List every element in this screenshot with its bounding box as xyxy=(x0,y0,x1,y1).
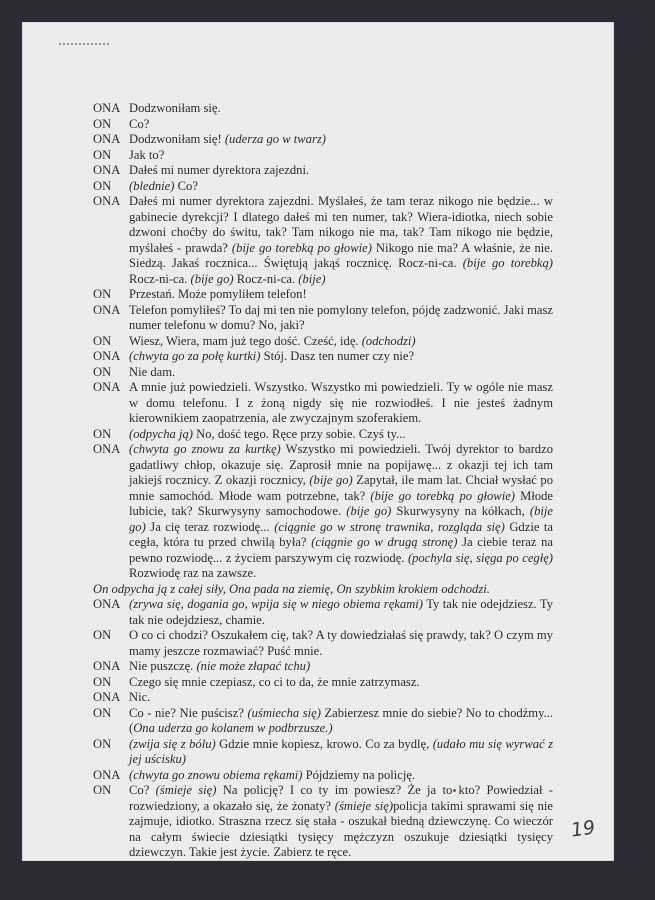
dialogue-text: O co ci chodzi? Oszukałem cię, tak? A ty… xyxy=(129,628,553,659)
dialogue-line: ONA(zrywa się, dogania go, wpija się w n… xyxy=(93,597,553,628)
dialogue-text: (odpycha ją) No, dość tego. Ręce przy so… xyxy=(129,427,553,443)
speech-text: A mnie już powiedzieli. Wszystko. Wszyst… xyxy=(129,380,553,425)
speaker-label: ONA xyxy=(93,101,129,117)
speech-text: Skurwysyny na kółkach, xyxy=(391,504,530,518)
speaker-label: ON xyxy=(93,148,129,164)
speaker-label: ONA xyxy=(93,163,129,179)
stage-direction: On odpycha ją z całej siły, Ona pada na … xyxy=(93,582,553,598)
stage-direction-inline: (nie może złapać tchu) xyxy=(196,659,310,673)
stage-direction-inline: (śmieje się) xyxy=(335,799,393,813)
speech-text: Co? xyxy=(174,179,197,193)
speaker-label: ONA xyxy=(93,597,129,628)
speech-text: Nie dam. xyxy=(129,365,175,379)
dialogue-line: ONADałeś mi numer dyrektora zajezdni. My… xyxy=(93,194,553,287)
speech-text: Dodzwoniłam się. xyxy=(129,101,221,115)
stage-direction-inline: (odchodzi) xyxy=(362,334,416,348)
speech-text: O co ci chodzi? Oszukałem cię, tak? A ty… xyxy=(129,628,553,658)
stage-direction-inline: (pochyla się, sięga po cegłę) xyxy=(408,551,553,565)
stage-direction-inline: (odpycha ją) xyxy=(129,427,193,441)
dialogue-text: Telefon pomyliłeś? To daj mi ten nie pom… xyxy=(129,303,553,334)
stage-direction-inline: (bije go) xyxy=(346,504,391,518)
stage-direction-inline: (śmieje się) xyxy=(156,783,217,797)
dialogue-text: Wiesz, Wiera, mam już tego dość. Cześć, … xyxy=(129,334,553,350)
dialogue-line: ONA(chwyta go za połę kurtki) Stój. Dasz… xyxy=(93,349,553,365)
speech-text: Wiesz, Wiera, mam już tego dość. Cześć, … xyxy=(129,334,362,348)
speech-text: Co? xyxy=(129,117,149,131)
speaker-label: ON xyxy=(93,675,129,691)
dialogue-text: (zrywa się, dogania go, wpija się w nieg… xyxy=(129,597,553,628)
speech-text: Rocz-ni-ca. xyxy=(129,272,191,286)
speaker-label: ONA xyxy=(93,768,129,784)
dialogue-line: ONANie. xyxy=(93,861,553,877)
speech-text: Nie puszczę. xyxy=(129,659,196,673)
speaker-label: ON xyxy=(93,117,129,133)
speech-text: Telefon pomyliłeś? To daj mi ten nie pom… xyxy=(129,303,553,333)
dialogue-line: ONNie dam. xyxy=(93,365,553,381)
stage-direction-inline: (bije) xyxy=(298,272,325,286)
dialogue-line: ONCo? xyxy=(93,117,553,133)
speaker-label: ONA xyxy=(93,690,129,706)
dialogue-text: Nie. xyxy=(129,861,553,877)
dialogue-line: ONATelefon pomyliłeś? To daj mi ten nie … xyxy=(93,303,553,334)
dialogue-text: Czego się mnie czepiasz, co ci to da, że… xyxy=(129,675,553,691)
dialogue-text: Nie puszczę. (nie może złapać tchu) xyxy=(129,659,553,675)
speech-text: Jak to? xyxy=(129,148,164,162)
speaker-label: ONA xyxy=(93,132,129,148)
speech-text: Czego się mnie czepiasz, co ci to da, że… xyxy=(129,675,420,689)
speaker-label: ON xyxy=(93,365,129,381)
speech-text: Nie. xyxy=(129,861,150,875)
stage-direction-inline: (uderza go w twarz) xyxy=(225,132,326,146)
speaker-label: ON xyxy=(93,783,129,861)
dialogue-line: ONCzego się mnie czepiasz, co ci to da, … xyxy=(93,675,553,691)
stage-direction-inline: (ciągnie go w drugą stronę) xyxy=(311,535,457,549)
stage-direction-inline: (bije go torebką) xyxy=(463,256,553,270)
speaker-label: ON xyxy=(93,628,129,659)
speaker-label: ON xyxy=(93,334,129,350)
stage-direction-inline: (bije go) xyxy=(191,272,234,286)
speaker-label: ONA xyxy=(93,659,129,675)
dialogue-line: ONJak to? xyxy=(93,148,553,164)
speech-text: Co - nie? Nie puścisz? xyxy=(129,706,247,720)
dialogue-text: (chwyta go znowu za kurtkę) Wszystko mi … xyxy=(129,442,553,582)
speech-text: No, dość tego. Ręce przy sobie. Czyś ty.… xyxy=(193,427,406,441)
speech-text: Rocz-ni-ca. xyxy=(234,272,299,286)
speaker-label: ON xyxy=(93,427,129,443)
stage-direction-inline: Ona uderza go kolanem w podbrzusze.) xyxy=(133,721,332,735)
dialogue-line: ONCo - nie? Nie puścisz? (uśmiecha się) … xyxy=(93,706,553,737)
dialogue-line: ONA(chwyta go znowu obiema rękami) Pójdz… xyxy=(93,768,553,784)
stage-direction-inline: (bije go torebką po głowie) xyxy=(370,489,515,503)
stage-direction-inline: (chwyta go znowu obiema rękami) xyxy=(129,768,302,782)
dialogue-text: (blednie) Co? xyxy=(129,179,553,195)
speech-text: Ja cię teraz rozwiodę... xyxy=(146,520,274,534)
speaker-label: ONA xyxy=(93,303,129,334)
speaker-label: ON xyxy=(93,737,129,768)
dialogue-text: Nie dam. xyxy=(129,365,553,381)
speech-text: Stój. Dasz ten numer czy nie? xyxy=(261,349,415,363)
dialogue-line: ONADodzwoniłam się! (uderza go w twarz) xyxy=(93,132,553,148)
stage-direction-inline: (bije go torebką po głowie) xyxy=(232,241,372,255)
speaker-label: ONA xyxy=(93,349,129,365)
header-mark xyxy=(59,43,111,45)
dialogue-text: Dałeś mi numer dyrektora zajezdni. Myśla… xyxy=(129,194,553,287)
dialogue-text: Nic. xyxy=(129,690,553,706)
dialogue-text: (zwija się z bólu) Gdzie mnie kopiesz, k… xyxy=(129,737,553,768)
stage-direction-inline: (chwyta go znowu za kurtkę) xyxy=(129,442,281,456)
document-page: ONADodzwoniłam się.ONCo?ONADodzwoniłam s… xyxy=(23,23,613,860)
speaker-label: ON xyxy=(93,179,129,195)
dialogue-text: Co - nie? Nie puścisz? (uśmiecha się) Za… xyxy=(129,706,553,737)
dialogue-line: ONCo? (śmieje się) Na policję? I co ty i… xyxy=(93,783,553,861)
speech-text: Gdzie mnie kopiesz, krowo. Co za bydlę, xyxy=(216,737,433,751)
dialogue-line: ONADodzwoniłam się. xyxy=(93,101,553,117)
dialogue-line: ON(odpycha ją) No, dość tego. Ręce przy … xyxy=(93,427,553,443)
speaker-label: ONA xyxy=(93,194,129,287)
dialogue-line: ONANie puszczę. (nie może złapać tchu) xyxy=(93,659,553,675)
dialogue-line: ONADałeś mi numer dyrektora zajezdni. xyxy=(93,163,553,179)
dialogue-text: (chwyta go znowu obiema rękami) Pójdziem… xyxy=(129,768,553,784)
dialogue-text: (chwyta go za połę kurtki) Stój. Dasz te… xyxy=(129,349,553,365)
dialogue-text: Dałeś mi numer dyrektora zajezdni. xyxy=(129,163,553,179)
dialogue-text: A mnie już powiedzieli. Wszystko. Wszyst… xyxy=(129,380,553,427)
speaker-label: ON xyxy=(93,287,129,303)
page-number: 19 xyxy=(570,816,597,841)
speaker-label: ONA xyxy=(93,380,129,427)
speech-text: Co? xyxy=(129,783,156,797)
dialogue-text: Dodzwoniłam się. xyxy=(129,101,553,117)
dialogue-text: Przestań. Może pomyliłem telefon! xyxy=(129,287,553,303)
speech-text: Dodzwoniłam się! xyxy=(129,132,225,146)
dialogue-line: ONANic. xyxy=(93,690,553,706)
stage-direction-inline: (ciągnie go w stronę trawnika, rozgląda … xyxy=(274,520,505,534)
stage-direction-inline: (zrywa się, dogania go, wpija się w nieg… xyxy=(129,597,423,611)
stage-direction-inline: (chwyta go za połę kurtki) xyxy=(129,349,261,363)
speaker-label: ONA xyxy=(93,861,129,877)
speaker-label: ONA xyxy=(93,442,129,582)
dialogue-text: Jak to? xyxy=(129,148,553,164)
dialogue-line: ON(zwija się z bólu) Gdzie mnie kopiesz,… xyxy=(93,737,553,768)
stage-direction-inline: (bije go) xyxy=(309,473,352,487)
dialogue-line: ONA(chwyta go znowu za kurtkę) Wszystko … xyxy=(93,442,553,582)
stage-direction-inline: (zwija się z bólu) xyxy=(129,737,216,751)
stage-direction-inline: (blednie) xyxy=(129,179,174,193)
speaker-label: ON xyxy=(93,706,129,737)
dialogue-line: ONO co ci chodzi? Oszukałem cię, tak? A … xyxy=(93,628,553,659)
dialogue-line: ON(blednie) Co? xyxy=(93,179,553,195)
dialogue-line: ONPrzestań. Może pomyliłem telefon! xyxy=(93,287,553,303)
speech-text: Nic. xyxy=(129,690,150,704)
dialogue-text: Dodzwoniłam się! (uderza go w twarz) xyxy=(129,132,553,148)
stage-direction-inline: (uśmiecha się) xyxy=(247,706,321,720)
dialogue-line: ONAA mnie już powiedzieli. Wszystko. Wsz… xyxy=(93,380,553,427)
dialogue-text: Co? (śmieje się) Na policję? I co ty im … xyxy=(129,783,553,861)
speech-text: Pójdziemy na policję. xyxy=(302,768,415,782)
speech-text: Dałeś mi numer dyrektora zajezdni. xyxy=(129,163,309,177)
dialogue-script: ONADodzwoniłam się.ONCo?ONADodzwoniłam s… xyxy=(93,101,553,876)
dialogue-line: ONWiesz, Wiera, mam już tego dość. Cześć… xyxy=(93,334,553,350)
ink-dot xyxy=(453,789,456,792)
speech-text: Rozwiodę raz na zawsze. xyxy=(129,566,256,580)
dialogue-text: Co? xyxy=(129,117,553,133)
speech-text: Przestań. Może pomyliłem telefon! xyxy=(129,287,307,301)
